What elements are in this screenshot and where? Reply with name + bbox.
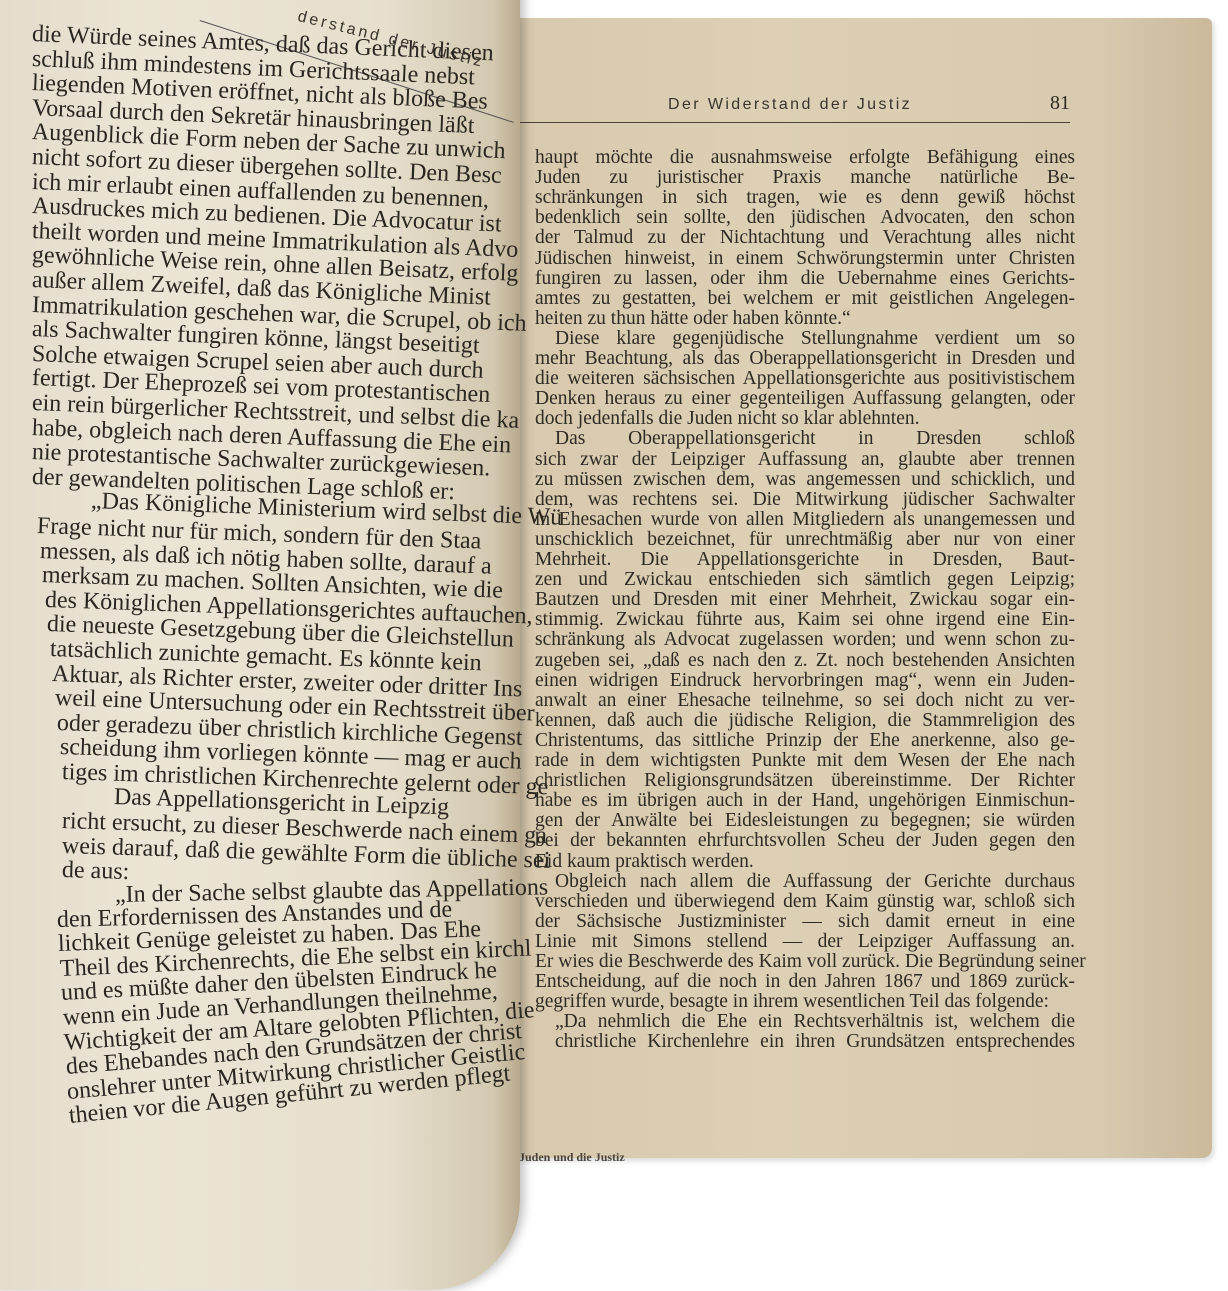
- text-line: Juden zu juristischer Praxis manche natü…: [535, 168, 1075, 188]
- text-line: in Ehesachen wurde von allen Mitgliedern…: [535, 510, 1075, 530]
- text-line: gen der Anwälte bei Eidesleistungen zu b…: [535, 811, 1075, 831]
- text-line: Entscheidung, auf die noch in den Jahren…: [535, 972, 1075, 992]
- text-line: zen und Zwickau entschieden sich sämtlic…: [535, 570, 1075, 590]
- text-line: Denken heraus zu einer gegenteiligen Auf…: [535, 389, 1075, 409]
- text-line: Bautzen und Dresden mit einer Mehrheit, …: [535, 590, 1075, 610]
- text-line: christliche Kirchenlehre ein ihren Grund…: [535, 1032, 1075, 1052]
- text-line: der Talmud zu der Nichtachtung und Verac…: [535, 228, 1075, 248]
- text-line: Er wies die Beschwerde des Kaim voll zur…: [535, 952, 1075, 972]
- text-line: unschicklich bezeichnet, für unrechtmäßi…: [535, 530, 1075, 550]
- text-line: rade in dem wichtigsten Punkte mit dem W…: [535, 751, 1075, 771]
- header-rule: [510, 122, 1070, 123]
- text-line: Das Oberappellationsgericht in Dresden s…: [535, 429, 1075, 449]
- text-line: christlichen Religionsgrundsätzen überei…: [535, 771, 1075, 791]
- text-line: bedenklich sein sollte, den jüdischen Ad…: [535, 208, 1075, 228]
- text-line: amtes zu gestatten, bei welchem er mit g…: [535, 289, 1075, 309]
- text-line: bei der bekannten ehrfurchtsvollen Scheu…: [535, 831, 1075, 851]
- text-line: Linie mit Simons stellend — der Leipzige…: [535, 932, 1075, 952]
- text-line: Obgleich nach allem die Auffassung der G…: [535, 872, 1075, 892]
- text-line: habe es im übrigen auch in der Hand, ung…: [535, 791, 1075, 811]
- text-line: die weiteren sächsischen Appellationsger…: [535, 369, 1075, 389]
- text-line: de aus:: [62, 858, 130, 884]
- text-line: kennen, daß auch die jüdische Religion, …: [535, 711, 1075, 731]
- text-line: Christentums, das sittliche Prinzip der …: [535, 731, 1075, 751]
- text-line: mehr Beachtung, als das Oberappellations…: [535, 349, 1075, 369]
- text-line: schränkungen in sich tragen, wie es denn…: [535, 188, 1075, 208]
- text-line: Diese klare gegenjüdische Stellungnahme …: [535, 329, 1075, 349]
- text-line: Jüdischen hinweist, in einem Schwörungst…: [535, 249, 1075, 269]
- text-line: stimmig. Zwickau führte aus, Kaim sei oh…: [535, 610, 1075, 630]
- text-line: zu müssen zwischen dem, was angemessen u…: [535, 470, 1075, 490]
- text-line: dem, was rechtens sei. Die Mitwirkung jü…: [535, 490, 1075, 510]
- text-line: gegriffen wurde, besagte in ihrem wesent…: [535, 992, 1075, 1012]
- text-line: anwalt an einer Ehesache teilnehme, so s…: [535, 691, 1075, 711]
- right-running-head: Der Widerstand der Justiz: [668, 96, 912, 114]
- text-line: einen widrigen Eindruck hervorbringen ma…: [535, 671, 1075, 691]
- text-line: Eid kaum praktisch werden.: [535, 852, 1075, 872]
- text-line: verschieden und überwiegend dem Kaim gün…: [535, 892, 1075, 912]
- page-number: 81: [1050, 92, 1070, 115]
- text-line: sich zwar der Leipziger Auffassung an, g…: [535, 450, 1075, 470]
- signature-footer: 6 Juden und die Justiz: [510, 1150, 625, 1165]
- text-line: heiten zu thun hätte oder haben könnte.“: [535, 309, 1075, 329]
- text-line: schränkung als Advocat zugelassen worden…: [535, 630, 1075, 650]
- text-line: „Da nehmlich die Ehe ein Rechtsverhältni…: [535, 1012, 1075, 1032]
- text-line: der Sächsische Justizminister — sich dam…: [535, 912, 1075, 932]
- text-line: zugeben sei, „daß es nach den z. Zt. noc…: [535, 651, 1075, 671]
- text-line: doch jedenfalls die Juden nicht so klar …: [535, 409, 1075, 429]
- text-line: fungiren zu lassen, oder ihm die Ueberna…: [535, 269, 1075, 289]
- text-line: Mehrheit. Die Appellationsgerichte in Dr…: [535, 550, 1075, 570]
- text-line: haupt möchte die ausnahmsweise erfolgte …: [535, 148, 1075, 168]
